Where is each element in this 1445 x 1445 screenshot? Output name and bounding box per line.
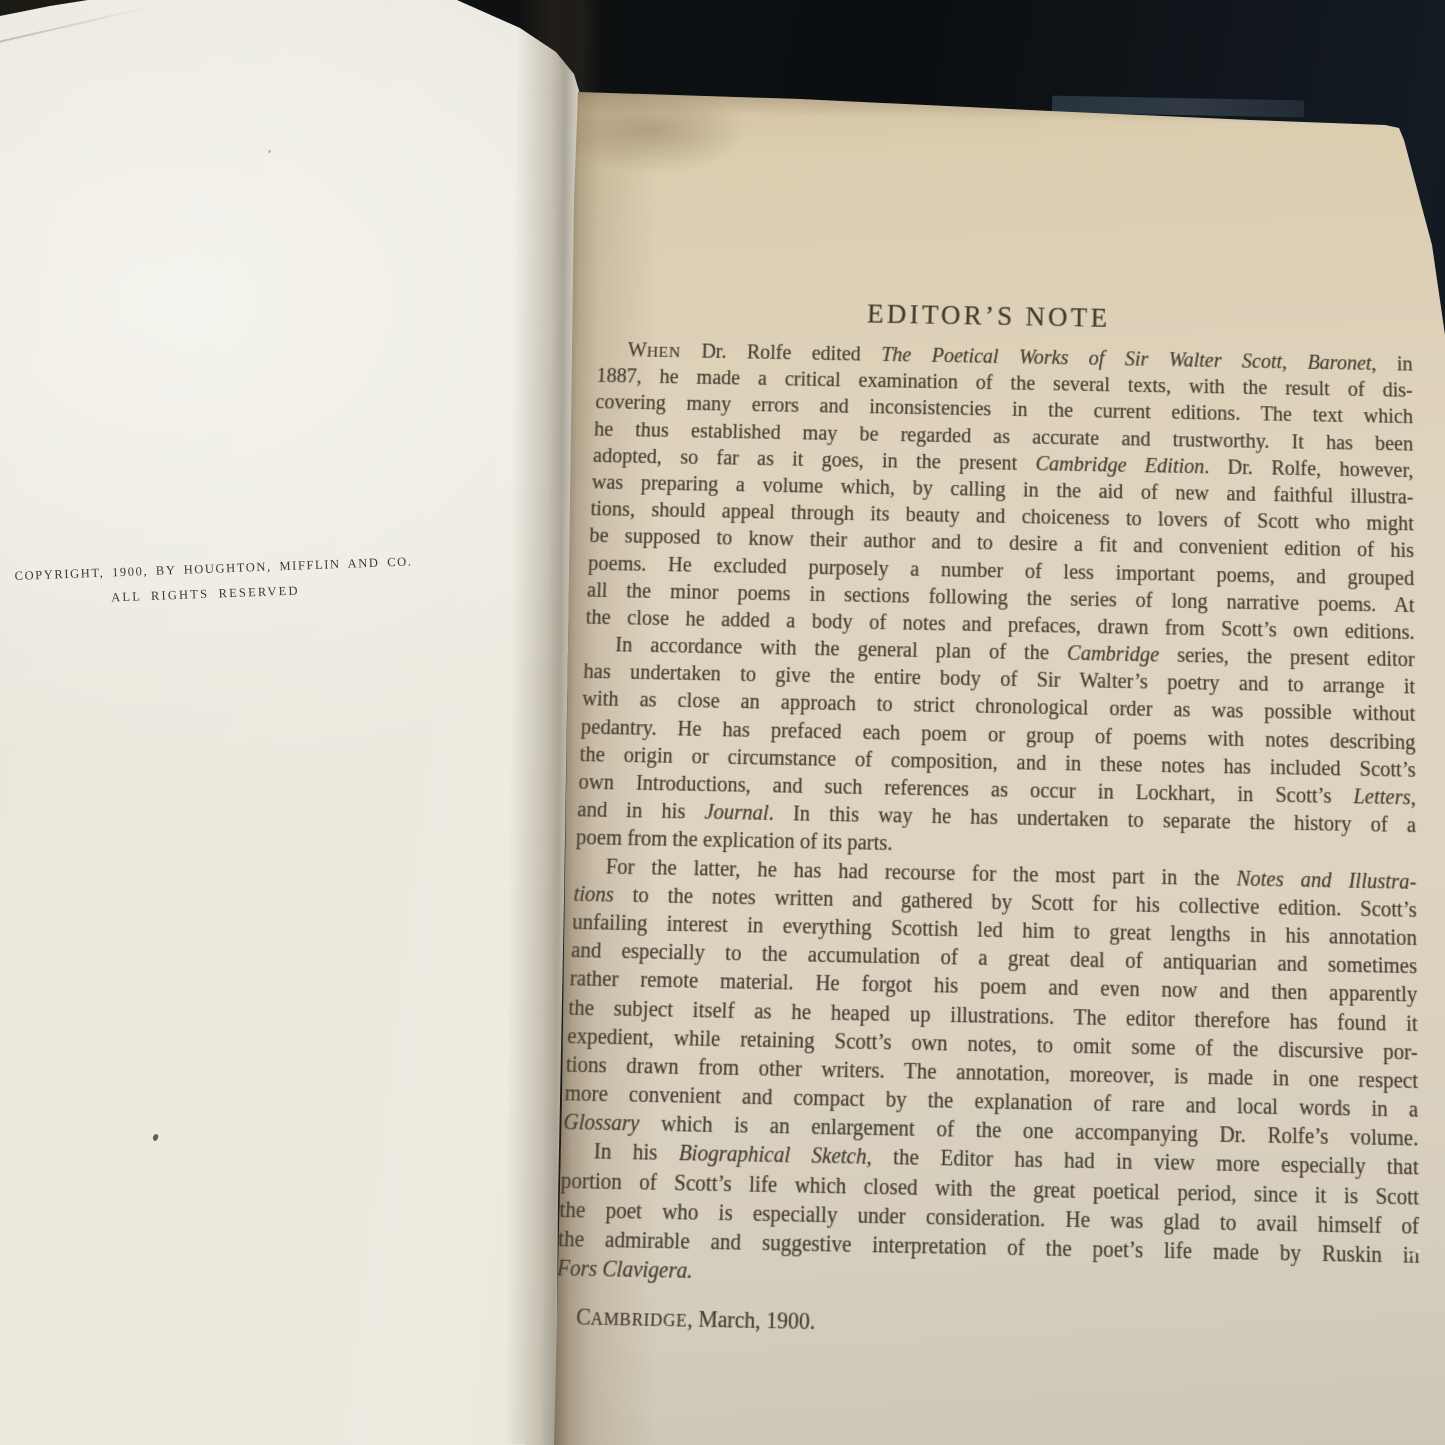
copyright-line: COPYRIGHT, 1900, BY HOUGHTON, MIFFLIN AN… bbox=[14, 555, 394, 584]
text-line: CAMBRIDGE, March, 1900. bbox=[575, 1303, 1420, 1349]
paper-speck bbox=[268, 150, 271, 153]
book-photo: { "colors": { "background_dark": "#0c0f1… bbox=[0, 0, 1445, 1445]
editors-note-page-text: EDITOR’S NOTE WHEN Dr. Rolfe edited The … bbox=[554, 293, 1420, 1350]
paper-speck bbox=[152, 1133, 159, 1141]
book-gutter-shadow bbox=[503, 0, 602, 1445]
rights-reserved-line: ALL RIGHTS RESERVED bbox=[15, 580, 395, 609]
page-title: EDITOR’S NOTE bbox=[599, 293, 1378, 339]
editors-note-body: WHEN Dr. Rolfe edited The Poetical Works… bbox=[556, 337, 1419, 1301]
page-crease bbox=[0, 6, 150, 44]
dateline: CAMBRIDGE, March, 1900. bbox=[554, 1303, 1420, 1350]
copyright-block: COPYRIGHT, 1900, BY HOUGHTON, MIFFLIN AN… bbox=[14, 555, 395, 609]
